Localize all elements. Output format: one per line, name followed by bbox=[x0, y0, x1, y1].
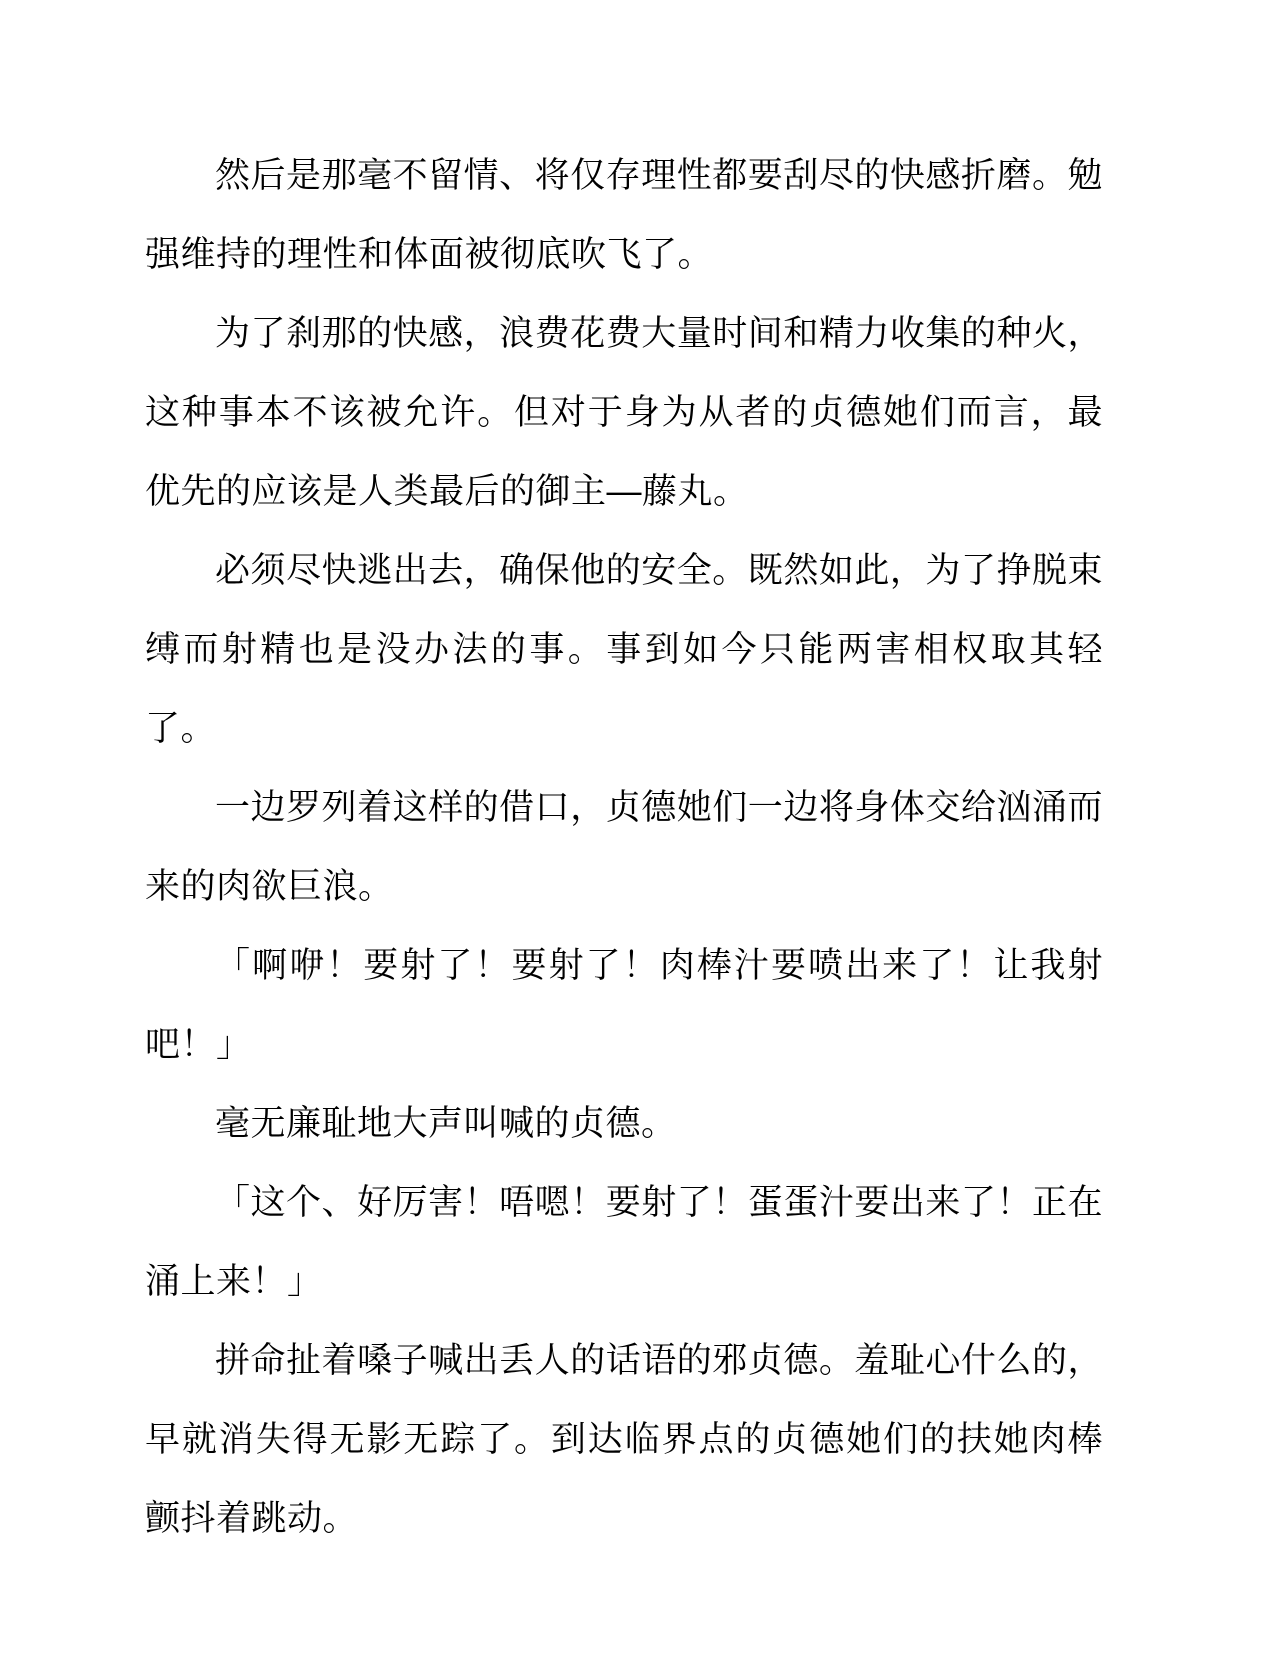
paragraph: 必须尽快逃出去，确保他的安全。既然如此，为了挣脱束缚而射精也是没办法的事。事到如… bbox=[145, 531, 1103, 768]
paragraph: 「这个、好厉害！唔嗯！要射了！蛋蛋汁要出来了！正在涌上来！」 bbox=[145, 1163, 1103, 1321]
document-page: 然后是那毫不留情、将仅存理性都要刮尽的快感折磨。勉强维持的理性和体面被彻底吹飞了… bbox=[0, 0, 1280, 1656]
paragraph: 毫无廉耻地大声叫喊的贞德。 bbox=[145, 1084, 1103, 1163]
paragraph: 一边罗列着这样的借口，贞德她们一边将身体交给汹涌而来的肉欲巨浪。 bbox=[145, 768, 1103, 926]
paragraph: 「啊咿！要射了！要射了！肉棒汁要喷出来了！让我射吧！」 bbox=[145, 926, 1103, 1084]
paragraph: 拼命扯着嗓子喊出丢人的话语的邪贞德。羞耻心什么的，早就消失得无影无踪了。到达临界… bbox=[145, 1321, 1103, 1558]
body-text: 然后是那毫不留情、将仅存理性都要刮尽的快感折磨。勉强维持的理性和体面被彻底吹飞了… bbox=[145, 136, 1103, 1558]
paragraph: 为了刹那的快感，浪费花费大量时间和精力收集的种火，这种事本不该被允许。但对于身为… bbox=[145, 294, 1103, 531]
paragraph: 然后是那毫不留情、将仅存理性都要刮尽的快感折磨。勉强维持的理性和体面被彻底吹飞了… bbox=[145, 136, 1103, 294]
